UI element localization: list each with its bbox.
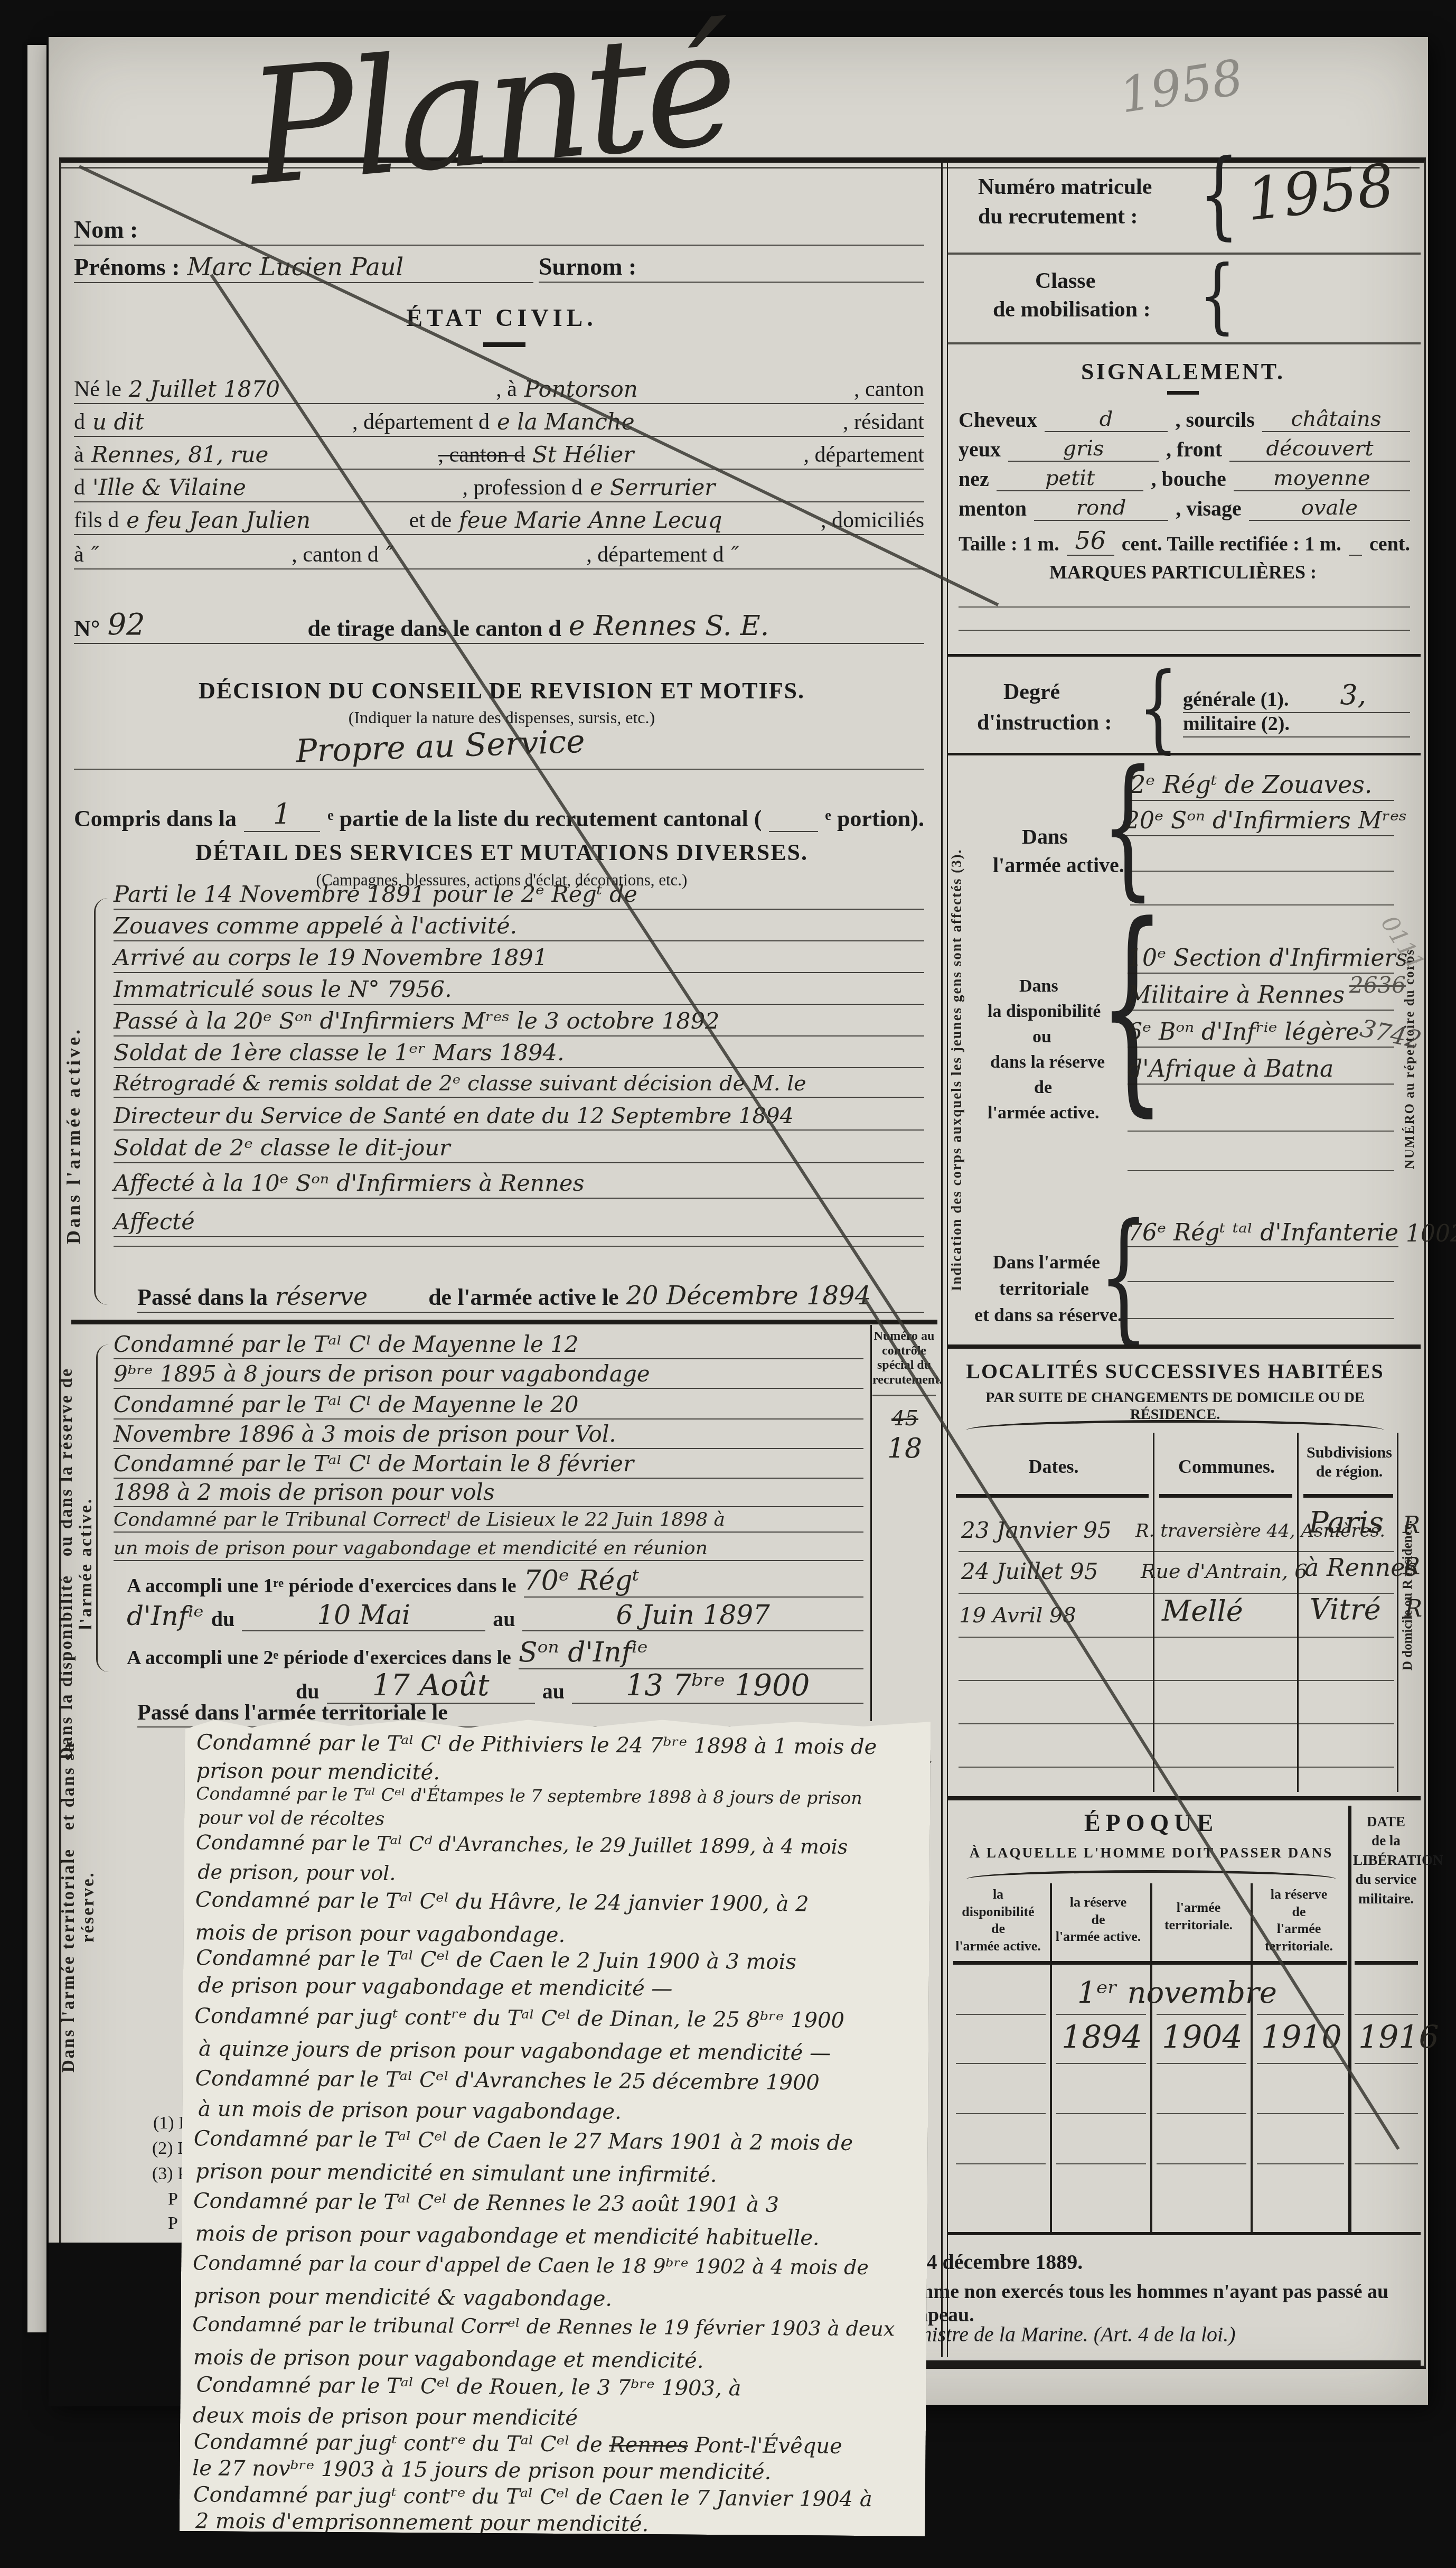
localites-v3 xyxy=(1397,1433,1398,1792)
residence-value: Rennes, 81, rue xyxy=(91,442,269,468)
decision-title: DÉCISION DU CONSEIL DE REVISION ET MOTIF… xyxy=(132,677,871,704)
periode-1-debut: 10 Mai xyxy=(242,1600,485,1631)
taille-label: Taille : 1 m. xyxy=(959,533,1059,556)
service-line: Immatriculé sous le N° 7956. xyxy=(114,976,924,1005)
overlay-line: mois de prison pour vagabondage et mendi… xyxy=(193,2345,704,2373)
epoque-header-rule-b xyxy=(1355,1961,1418,1965)
sig-cheveux-row: Cheveux d , sourcils châtains xyxy=(959,407,1410,433)
dispo-brace xyxy=(96,1344,110,1672)
service-line: Soldat de 1ère classe le 1ᵉʳ Mars 1894. xyxy=(114,1040,924,1068)
epoque-title: ÉPOQUE xyxy=(956,1809,1347,1837)
dispo-corps-l2: la disponibilité xyxy=(988,1002,1101,1022)
degre-militaire-row: militaire (2). xyxy=(1183,712,1410,737)
parents-dept-ditto: ″ xyxy=(731,541,739,567)
repertoire-number-struck: 2636 xyxy=(1349,972,1406,998)
sig-nez-row: nez petit , bouche moyenne xyxy=(959,466,1410,492)
epoque-v1 xyxy=(1050,1883,1052,2232)
ec-line-2: d u dit , département d e la Manche , ré… xyxy=(74,409,924,437)
dispo-corps-blank-1 xyxy=(1128,1131,1394,1132)
classe-label-2: de mobilisation : xyxy=(993,297,1151,322)
parents-a-label: à xyxy=(74,542,84,567)
compris-partie-value: 1 xyxy=(244,798,320,832)
dispo-corps-l3: ou xyxy=(1032,1027,1051,1047)
parents-dept-label: , département d xyxy=(586,542,724,567)
ec-line-3: à Rennes, 81, rue , canton d St Hélier ,… xyxy=(74,442,924,470)
ec-line-6: à ″ , canton d ″ , département d ″ xyxy=(74,541,924,569)
sourcils-value: châtains xyxy=(1262,407,1410,432)
epoque-header-rule-a xyxy=(953,1961,1347,1965)
nom-label: Nom : xyxy=(74,216,138,244)
taille-rectifiee-blank xyxy=(1349,531,1362,556)
decision-subtitle: (Indiquer la nature des dispenses, sursi… xyxy=(132,708,871,727)
epoque-v4 xyxy=(1348,1806,1351,2234)
armee-active-value-2: 20ᵉ Sᵒⁿ d'Infirmiers Mʳᵉˢ xyxy=(1125,807,1394,836)
nez-label: nez xyxy=(959,466,989,491)
degre-label-1: Degré xyxy=(1003,679,1060,705)
loc-row-2-dr: R xyxy=(1403,1553,1420,1580)
periode-2-label: A accompli une 2ᵉ période d'exercices da… xyxy=(127,1646,511,1669)
overlay-line: Condamné par le Tᵃˡ Cᵈ d'Avranches, le 2… xyxy=(196,1831,848,1859)
ne-le-label: Né le xyxy=(74,377,121,402)
terr-corps-number: 10025 xyxy=(1406,1220,1456,1247)
epoque-year-3: 1910 xyxy=(1261,2019,1342,2056)
dispo-corps-value-3: 6ᵉ Bᵒⁿ d'Infʳⁱᵉ légère xyxy=(1128,1019,1394,1048)
epoque-date-col-header: DATEde la LIBÉRATIONdu service militaire… xyxy=(1353,1812,1419,1908)
etat-civil-title: ÉTAT CIVIL. xyxy=(338,304,665,332)
controle-number-struck: 45 xyxy=(891,1406,918,1431)
controle-header: Numéro au contrôle spécial du recrutemen… xyxy=(872,1329,936,1387)
residant-label: , résidant xyxy=(843,409,924,435)
degre-generale-row: générale (1). 3, xyxy=(1183,679,1410,713)
signalement-title: SIGNALEMENT. xyxy=(1025,358,1341,385)
epoque-bottom-rule xyxy=(948,2232,1421,2235)
generale-label: générale (1). xyxy=(1183,688,1289,711)
armee-active-side-label: Dans l'armée active. xyxy=(62,898,84,1374)
periode-1-fin: 6 Juin 1897 xyxy=(522,1600,863,1631)
parents-residence-ditto: ″ xyxy=(91,541,100,567)
overlay-line: Condamné par le Tᵃˡ Cˡ de Pithiviers le … xyxy=(196,1730,877,1759)
struck-city: Rennes xyxy=(609,2433,688,2458)
visage-label: , visage xyxy=(1176,496,1241,521)
localites-v2 xyxy=(1297,1433,1299,1792)
residence-dept-value: 'Ille & Vilaine xyxy=(92,474,246,500)
passe-territoriale-row: Passé dans l'armée territoriale le xyxy=(137,1700,863,1727)
parents-canton-ditto: ″ xyxy=(386,541,394,567)
loc-row-2-subdiv: à Rennes xyxy=(1304,1553,1417,1582)
terr-corps-l1: Dans l'armée xyxy=(993,1251,1100,1273)
service-line: Affecté xyxy=(114,1209,924,1237)
tirage-canton-label: de tirage dans le canton d xyxy=(307,615,561,642)
footnote-left-5: P xyxy=(168,2214,178,2234)
classe-brace: { xyxy=(1199,248,1236,342)
departement-label: , département d xyxy=(352,409,490,435)
territoriale-side-label: Dans l'armée territoriale et dans sa rés… xyxy=(59,1738,98,2076)
overlay-line: Condamné par le Tᵃˡ Cᵉˡ d'Avranches le 2… xyxy=(195,2066,820,2095)
compris-label: Compris dans la xyxy=(74,805,237,832)
periode-1-row: A accompli une 1ʳᵉ période d'exercices d… xyxy=(127,1565,863,1599)
dispo-corps-l5: de xyxy=(1034,1078,1052,1098)
footnote-right-2: comme non exercés tous les hommes n'ayan… xyxy=(898,2280,1456,2327)
overlay-line: mois de prison pour vagabondage et mendi… xyxy=(195,2221,819,2250)
armee-active-le-label: de l'armée active le xyxy=(428,1284,618,1311)
canton-label: , canton xyxy=(854,377,924,402)
blank-service-rule xyxy=(114,1246,924,1247)
overlay-line: Condamné par le tribunal Corrᵉˡ de Renne… xyxy=(192,2312,895,2340)
overlay-line: prison pour mendicité. xyxy=(196,1759,440,1785)
armee-active-label-1: Dans xyxy=(1022,824,1068,849)
terr-corps-blank-2 xyxy=(1128,1318,1394,1319)
numero-tirage-label: N° xyxy=(74,615,100,642)
footnote-right-3: Ministre de la Marine. (Art. 4 de la loi… xyxy=(898,2322,1236,2347)
periode-2-fin: 13 7ᵇʳᵉ 1900 xyxy=(572,1668,863,1704)
card-corner-shadow xyxy=(49,2243,187,2406)
prenoms-value: Marc Lucien Paul xyxy=(187,253,404,281)
epoque-year-4: 1916 xyxy=(1358,2019,1439,2056)
matricule-label-1: Numéro matricule xyxy=(978,174,1152,200)
scanned-military-register-page: 1958 Planté Nom : Prénoms : Marc Lucien … xyxy=(0,0,1456,2568)
nom-row: Nom : xyxy=(74,216,924,246)
compris-end-label: ᵉ portion). xyxy=(825,805,924,832)
terr-corps-blank-1 xyxy=(1128,1281,1394,1282)
prenoms-row: Prénoms : Marc Lucien Paul xyxy=(74,253,533,283)
prenoms-label: Prénoms : xyxy=(74,253,180,281)
bouche-value: moyenne xyxy=(1234,466,1410,491)
profession-label: , profession d xyxy=(462,475,582,500)
overlay-line: prison pour mendicité en simulant une in… xyxy=(195,2159,717,2187)
periode-2-row: A accompli une 2ᵉ période d'exercices da… xyxy=(127,1637,863,1670)
service-line: Arrivé au corps le 19 Novembre 1891 xyxy=(114,945,924,973)
epoque-v3 xyxy=(1251,1883,1253,2232)
overlay-line: de prison, pour vol. xyxy=(198,1860,396,1885)
matricule-brace: { xyxy=(1199,140,1239,250)
cheveux-value: d xyxy=(1045,407,1168,432)
periode-2-dates-row: du 17 Août au 13 7ᵇʳᵉ 1900 xyxy=(296,1668,863,1705)
localites-v1 xyxy=(1153,1433,1154,1792)
degre-bottom-rule xyxy=(948,753,1421,755)
overlay-line: pour vol de récoltes xyxy=(198,1807,385,1829)
mother-name: feue Marie Anne Lecuq xyxy=(459,507,722,533)
periode-1-dates-row: d'Infⁱᵉ du 10 Mai au 6 Juin 1897 xyxy=(127,1600,863,1632)
residence-a-label: à xyxy=(74,442,84,468)
epoque-col-4-header: la réservede l'arméeterritoriale. xyxy=(1253,1886,1345,1955)
dispo-corps-l6: l'armée active. xyxy=(988,1103,1099,1123)
column-divider xyxy=(941,160,948,2357)
dispo-corps-blank-2 xyxy=(1128,1170,1394,1171)
dispo-line: 9ᵇʳᵉ 1895 à 8 jours de prison pour vagab… xyxy=(114,1361,863,1389)
generale-value: 3, xyxy=(1296,679,1410,711)
loc-row-3-dr: R xyxy=(1405,1595,1422,1622)
service-line: Directeur du Service de Santé en date du… xyxy=(114,1103,924,1131)
loc-row-3-subdiv: Vitré xyxy=(1310,1593,1381,1626)
marques-rule-1 xyxy=(959,606,1410,608)
overlay-line: 2 mois d'emprisonnement pour mendicité. xyxy=(195,2509,649,2536)
loc-row-2-date: 24 Juillet 95 xyxy=(961,1558,1098,1584)
parents-canton-label: , canton d xyxy=(292,542,378,567)
periode-1-inf: d'Infⁱᵉ xyxy=(127,1601,204,1631)
decision-rule xyxy=(74,769,924,770)
residence-canton-value: St Hélier xyxy=(532,442,634,468)
classe-rule xyxy=(948,342,1421,344)
loc-row-1-date: 23 Janvier 95 xyxy=(961,1517,1112,1543)
service-line: Passé à la 20ᵉ Sᵒⁿ d'Infirmiers Mʳᵉˢ le … xyxy=(114,1008,924,1036)
departement2-label: , département xyxy=(803,442,924,468)
overlay-line: à un mois de prison pour vagabondage. xyxy=(198,2097,622,2124)
service-line: Affecté à la 10ᵉ Sᵒⁿ d'Infirmiers à Renn… xyxy=(114,1170,924,1199)
surnom-row: Surnom : xyxy=(539,253,924,283)
pasted-note-sheet: Condamné par le Tᵃˡ Cˡ de Pithiviers le … xyxy=(180,1713,931,2536)
dispo-line: un mois de prison pour vagabondage et me… xyxy=(114,1537,863,1561)
page-edge xyxy=(27,45,46,2332)
overlay-line: prison pour mendicité & vagabondage. xyxy=(194,2284,613,2311)
epoque-col-2-header: la réservede l'armée active. xyxy=(1052,1894,1144,1946)
localites-subtitle: PAR SUITE DE CHANGEMENTS DE DOMICILE OU … xyxy=(956,1389,1394,1423)
yeux-value: gris xyxy=(1008,436,1159,462)
overlay-line: Condamné par la cour d'appel de Caen le … xyxy=(193,2251,869,2279)
au-label-1: au xyxy=(493,1607,515,1631)
dispo-line: Novembre 1896 à 3 mois de prison pour Vo… xyxy=(114,1421,863,1449)
tirage-canton-value: e Rennes S. E. xyxy=(569,610,769,642)
overlay-line: Condamné par le Tᵃˡ Cᵉˡ de Caen le 27 Ma… xyxy=(194,2126,853,2155)
passe-label: Passé dans la xyxy=(137,1284,268,1311)
dept-d-label: d xyxy=(74,475,85,500)
loc-row-3-date: 19 Avril 98 xyxy=(959,1603,1076,1628)
localites-header-rule-3 xyxy=(1303,1494,1393,1498)
dispo-corps-l1: Dans xyxy=(1019,976,1058,996)
service-line: Soldat de 2ᵉ classe le dit-jour xyxy=(114,1135,924,1163)
sig-menton-row: menton rond , visage ovale xyxy=(959,496,1410,522)
corps-side-left-label: Indication des corps auxquels les jeunes… xyxy=(948,766,965,1374)
cent-label: cent. xyxy=(1369,533,1410,556)
localites-title: LOCALITÉS SUCCESSIVES HABITÉES xyxy=(956,1359,1394,1384)
overlay-line-pont-leveque: Condamné par jugᵗ contʳᵉ du Tᵃˡ Cᵉˡ de R… xyxy=(194,2430,842,2459)
epoque-col-3-header: l'arméeterritoriale. xyxy=(1152,1899,1245,1934)
terr-corps-value: 76ᵉ Régᵗ ᵗᵃˡ d'Infanterie 10025 xyxy=(1128,1219,1394,1248)
armee-active-blank-1 xyxy=(1130,871,1394,872)
dispo-line: Condamné par le Tᵃˡ Cˡ de Mortain le 8 f… xyxy=(114,1451,863,1479)
loc-row-1-subdiv: Paris xyxy=(1309,1506,1384,1540)
du-label-1: du xyxy=(211,1607,235,1631)
dispo-corps-l4: dans la réserve xyxy=(990,1052,1105,1072)
nez-value: petit xyxy=(997,466,1144,491)
dispo-line: Condamné par le Tᵃˡ Cˡ de Mayenne le 12 xyxy=(114,1331,863,1359)
front-value: découvert xyxy=(1229,436,1410,462)
taille-value: 56 xyxy=(1067,526,1114,556)
loc-row-3-commune: Mellé xyxy=(1162,1594,1243,1628)
dispo-line: Condamné par le Tribunal Correctˡ de Lis… xyxy=(114,1509,863,1533)
epoque-subtitle: À LAQUELLE L'HOMME DOIT PASSER DANS xyxy=(956,1845,1347,1861)
section-divider xyxy=(71,1320,937,1324)
overlay-line: mois de prison pour vagabondage. xyxy=(195,1920,565,1947)
menton-label: menton xyxy=(959,496,1027,521)
profession-value: e Serrurier xyxy=(590,474,715,500)
controle-number: 18 xyxy=(887,1433,922,1464)
signalement-title-rule xyxy=(1167,391,1199,395)
classe-label-1: Classe xyxy=(1035,268,1095,294)
dispo-side-label: Dans la disponibilité ou dans la réserve… xyxy=(57,1352,96,1775)
sourcils-label: , sourcils xyxy=(1175,407,1254,432)
localites-header-rule-1 xyxy=(956,1494,1149,1498)
overlay-line: à quinze jours de prison pour vagabondag… xyxy=(199,2037,831,2065)
bouche-label: , bouche xyxy=(1151,466,1226,491)
armee-active-blank-2 xyxy=(1130,904,1394,905)
overlay-line: Condamné par jugᵗ contʳᵉ du Tᵃˡ Cᵉˡ de C… xyxy=(193,2482,872,2511)
footnote-left-4: P xyxy=(168,2189,178,2209)
controle-header-rule xyxy=(872,1395,936,1396)
menton-value: rond xyxy=(1034,496,1168,521)
loc-row-2-commune: Rue d'Antrain, 6 xyxy=(1141,1560,1307,1583)
canton-d-label-struck: , canton d xyxy=(438,442,525,468)
sig-taille-row: Taille : 1 m. 56 cent. Taille rectifiée … xyxy=(959,526,1410,557)
marques-label: MARQUES PARTICULIÈRES : xyxy=(1025,561,1341,583)
service-line: Parti le 14 Novembre 1891 pour le 2ᵉ Rég… xyxy=(114,881,924,910)
dispo-line: 1898 à 2 mois de prison pour vols xyxy=(114,1479,863,1507)
front-label: , front xyxy=(1166,437,1222,462)
matricule-rule xyxy=(948,253,1421,255)
periode-1-regiment: 70ᵉ Régᵗ xyxy=(524,1565,863,1598)
surnom-label: Surnom : xyxy=(539,253,636,281)
periode-2-unite: Sᵒⁿ d'Infⁱᵉ xyxy=(519,1637,863,1669)
localites-h-subdiv: Subdivisions de région. xyxy=(1302,1443,1397,1481)
compris-mid-label: ᵉ partie de la liste du recrutement cant… xyxy=(327,805,762,832)
epoque-span-value: 1ᵉʳ novembre xyxy=(1077,1976,1277,2010)
etat-civil-title-rule xyxy=(483,342,525,347)
periode-1-label: A accompli une 1ʳᵉ période d'exercices d… xyxy=(127,1574,516,1598)
loc-row-1-dr: R xyxy=(1403,1512,1420,1539)
overlay-line: Condamné par le Tᵃˡ Cᵉˡ de Rouen, le 3 7… xyxy=(196,2373,741,2401)
ec-line-1: Né le 2 Juillet 1870 , à Pontorson , can… xyxy=(74,376,924,404)
taille-rectifiee-label: cent. Taille rectifiée : 1 m. xyxy=(1122,533,1341,556)
visage-value: ovale xyxy=(1249,496,1410,521)
localites-h-communes: Communes. xyxy=(1159,1455,1294,1478)
matricule-label-2: du recrutement : xyxy=(978,204,1138,229)
sig-yeux-row: yeux gris , front découvert xyxy=(959,436,1410,463)
services-title: DÉTAIL DES SERVICES ET MUTATIONS DIVERSE… xyxy=(132,839,871,866)
birth-place: Pontorson xyxy=(524,376,638,402)
ec-line-4: d 'Ille & Vilaine , profession d e Serru… xyxy=(74,474,924,502)
epoque-year-1: 1894 xyxy=(1062,2019,1142,2056)
numero-tirage-value: 92 xyxy=(107,608,145,642)
overlay-line: Condamné par le Tᵃˡ Cᵉˡ d'Étampes le 7 s… xyxy=(196,1783,862,1808)
birth-date: 2 Juillet 1870 xyxy=(129,376,280,402)
overlay-line: Condamné par le Tᵃˡ Cᵉˡ de Caen le 2 Jui… xyxy=(196,1946,796,1974)
fils-de-label: fils d xyxy=(74,508,119,533)
epoque-col-1-header: ladisponibilité del'armée active. xyxy=(951,1886,1046,1955)
dispo-corps-value-1: 10ᵉ Section d'Infirmiers xyxy=(1128,945,1394,974)
portion-blank xyxy=(769,804,818,832)
periode-2-debut: 17 Août xyxy=(327,1668,535,1704)
terr-corps-l2: territoriale xyxy=(999,1277,1089,1300)
domicilies-label: , domiciliés xyxy=(821,508,924,533)
canton-value: u dit xyxy=(92,409,144,435)
services-brace xyxy=(94,898,109,1305)
epoque-v2 xyxy=(1150,1883,1152,2232)
father-name: e feu Jean Julien xyxy=(126,507,311,533)
overlay-line: Condamné par le Tᵃˡ Cᵉˡ de Rennes le 23 … xyxy=(193,2189,779,2217)
ec-line-5: fils d e feu Jean Julien et de feue Mari… xyxy=(74,507,924,535)
epoque-year-2: 1904 xyxy=(1162,2019,1243,2056)
a-label: , à xyxy=(496,377,517,402)
marques-rule-2 xyxy=(959,630,1410,631)
overlay-line: de prison pour vagabondage et mendicité … xyxy=(198,1973,673,2001)
yeux-label: yeux xyxy=(959,437,1001,462)
overlay-line: le 27 novᵇʳᵉ 1903 à 15 jours de prison p… xyxy=(192,2456,771,2485)
du-label: d xyxy=(74,409,85,435)
card-bottom-heavy-rule xyxy=(893,2360,1421,2366)
service-line: Rétrogradé & remis soldat de 2ᵉ classe s… xyxy=(114,1071,924,1098)
overlay-line: Condamné par jugᵗ contʳᵉ du Tᵃˡ Cᵉˡ de D… xyxy=(194,2004,844,2033)
signalement-bottom-rule xyxy=(948,654,1421,657)
dispo-corps-value-4: d'Afrique à Batna xyxy=(1128,1056,1394,1085)
epoque-top-rule xyxy=(948,1796,1421,1800)
passe-reserve-row: Passé dans la réserve de l'armée active … xyxy=(137,1281,924,1313)
localites-top-rule xyxy=(948,1344,1421,1349)
localites-header-rule-2 xyxy=(1159,1494,1292,1498)
departement-value: e la Manche xyxy=(497,409,635,435)
et-de-label: et de xyxy=(409,508,452,533)
militaire-label: militaire (2). xyxy=(1183,712,1290,735)
service-line: Zouaves comme appelé à l'activité. xyxy=(114,913,924,941)
armee-active-value-1: 2ᵉ Régᵗ de Zouaves. xyxy=(1130,770,1394,801)
tirage-row: N° 92 de tirage dans le canton d e Renne… xyxy=(74,608,924,644)
cheveux-label: Cheveux xyxy=(959,407,1037,432)
localites-h-dates: Dates. xyxy=(959,1455,1149,1478)
overlay-line: Condamné par le Tᵃˡ Cᵉˡ du Hâvre, le 24 … xyxy=(195,1888,809,1916)
reserve-value: réserve xyxy=(275,1282,368,1311)
compris-row: Compris dans la 1 ᵉ partie de la liste d… xyxy=(74,798,924,833)
reserve-date-value: 20 Décembre 1894 xyxy=(626,1281,871,1311)
dispo-line: Condamné par le Tᵃˡ Cˡ de Mayenne le 20 xyxy=(114,1392,863,1420)
degre-label-2: d'instruction : xyxy=(977,710,1112,735)
overlay-line: deux mois de prison pour mendicité xyxy=(193,2403,578,2430)
